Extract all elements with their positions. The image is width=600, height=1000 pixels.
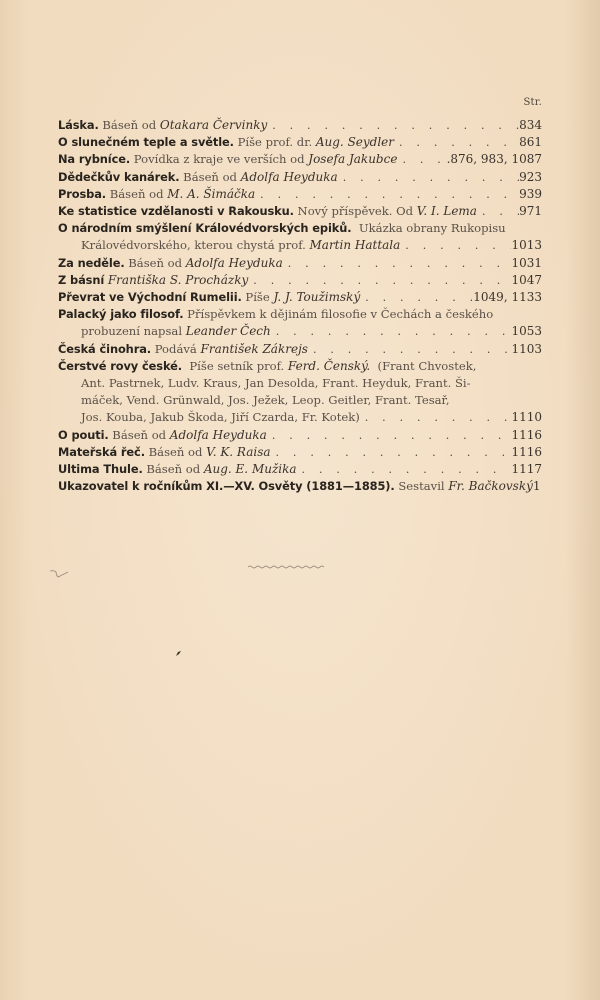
- toc-entry-line: Palacký jako filosof. Příspěvkem k dějin…: [58, 306, 542, 323]
- toc-entry-line: Z básní Františka S. Procházky1047: [58, 272, 542, 289]
- stray-pencil-mark-icon: [48, 567, 70, 581]
- entry-author: Aug. E. Mužika: [204, 461, 297, 478]
- toc-entry: Z básní Františka S. Procházky1047: [58, 272, 542, 289]
- toc-entry: Čerstvé rovy české. Píše setník prof. Fe…: [58, 358, 542, 427]
- scanned-page: Str. Láska. Báseň od Otakara Červinky834…: [0, 0, 600, 1000]
- entry-author: Adolfa Heyduka: [186, 255, 283, 272]
- dot-leader: [267, 427, 512, 444]
- toc-entry-line: Ke statistice vzdělanosti v Rakousku. No…: [58, 203, 542, 220]
- entry-page-number: 1013: [511, 237, 542, 254]
- entry-author: V. K. Raisa: [206, 444, 270, 461]
- entry-description: Báseň od: [125, 255, 186, 272]
- entry-page-number: 861: [519, 134, 542, 151]
- entry-author: Otakara Červinky: [160, 117, 267, 134]
- entry-page-number: 923: [519, 169, 542, 186]
- toc-entry-line: Láska. Báseň od Otakara Červinky834: [58, 117, 542, 134]
- entry-author: František Zákrejs: [201, 341, 308, 358]
- toc-entry: Dědečkův kanárek. Báseň od Adolfa Heyduk…: [58, 169, 542, 186]
- entry-title: O národním smýšlení Královédvorských epi…: [58, 220, 352, 237]
- toc-entry-line: Ukazovatel k ročníkům XI.—XV. Osvěty (18…: [58, 478, 542, 495]
- entry-description: Báseň od: [109, 427, 170, 444]
- dot-leader: [267, 117, 519, 134]
- entry-title: Dědečkův kanárek.: [58, 169, 180, 186]
- entry-title: Z básní: [58, 272, 104, 289]
- toc-entry: Prosba. Báseň od M. A. Šimáčka939: [58, 186, 542, 203]
- entry-title: O pouti.: [58, 427, 109, 444]
- entry-author: Františka S. Procházky: [108, 272, 248, 289]
- entry-page-number: 1116: [511, 444, 542, 461]
- entry-page-number: 1117: [511, 461, 542, 478]
- entry-description: Nový příspěvek. Od: [294, 203, 417, 220]
- toc-entry-line: Převrat ve Východní Rumelii. Píše J. J. …: [58, 289, 542, 306]
- toc-entry-line: Čerstvé rovy české. Píše setník prof. Fe…: [58, 358, 542, 375]
- toc-entry-line: O slunečném teple a světle. Píše prof. d…: [58, 134, 542, 151]
- toc-entry: O slunečném teple a světle. Píše prof. d…: [58, 134, 542, 151]
- entry-author: Leander Čech: [186, 323, 271, 340]
- decorative-wavy-rule-icon: [248, 564, 324, 570]
- entry-title: O slunečném teple a světle.: [58, 134, 234, 151]
- entry-description: Povídka z kraje ve verších od: [130, 151, 308, 168]
- dot-leader: [397, 151, 446, 168]
- dot-leader: [394, 134, 519, 151]
- entry-title: Čerstvé rovy české.: [58, 358, 182, 375]
- entry-page-number: 1031: [511, 255, 542, 272]
- entry-author: Ferd. Čenský.: [288, 358, 370, 375]
- toc-entry-line: O národním smýšlení Královédvorských epi…: [58, 220, 542, 237]
- entry-author: J. J. Toužimský: [273, 289, 360, 306]
- dot-leader: [271, 323, 512, 340]
- dot-leader: [360, 289, 473, 306]
- entry-description: Ukázka obrany Rukopisu: [352, 220, 506, 237]
- toc-entry-line: O pouti. Báseň od Adolfa Heyduka1116: [58, 427, 542, 444]
- dot-leader: [338, 169, 519, 186]
- entry-page-number: 971: [519, 203, 542, 220]
- toc-entry: Láska. Báseň od Otakara Červinky834: [58, 117, 542, 134]
- entry-author: M. A. Šimáčka: [167, 186, 255, 203]
- dot-leader: [308, 341, 512, 358]
- toc-entry: Za neděle. Báseň od Adolfa Heyduka1031: [58, 255, 542, 272]
- toc-entry-continuation-line: Královédvorského, kterou chystá prof. Ma…: [58, 237, 542, 254]
- entry-title: Láska.: [58, 117, 99, 134]
- entry-title: Za neděle.: [58, 255, 125, 272]
- toc-entry-line: Ultima Thule. Báseň od Aug. E. Mužika111…: [58, 461, 542, 478]
- entry-description: Báseň od: [99, 117, 160, 134]
- toc-entry-line: Na rybníce. Povídka z kraje ve verších o…: [58, 151, 542, 168]
- entry-description: Píše prof. dr.: [234, 134, 316, 151]
- toc-entry: Ultima Thule. Báseň od Aug. E. Mužika111…: [58, 461, 542, 478]
- entry-page-number: 1049, 1133: [473, 289, 542, 306]
- toc-entry-line: Za neděle. Báseň od Adolfa Heyduka1031: [58, 255, 542, 272]
- toc-entry-continuation-line: Jos. Kouba, Jakub Škoda, Jiří Czarda, Fr…: [58, 409, 542, 426]
- toc-entry-line: Česká činohra. Podává František Zákrejs1…: [58, 341, 542, 358]
- toc-entry-continuation-line: probuzení napsal Leander Čech1053: [58, 323, 542, 340]
- entry-title: Ukazovatel k ročníkům XI.—XV. Osvěty (18…: [58, 478, 395, 495]
- toc-entry-line: Dědečkův kanárek. Báseň od Adolfa Heyduk…: [58, 169, 542, 186]
- entry-page-number: 939: [519, 186, 542, 203]
- entry-description: Jos. Kouba, Jakub Škoda, Jiří Czarda, Fr…: [81, 409, 360, 426]
- page-column-header: Str.: [523, 97, 542, 108]
- dot-leader: [297, 461, 512, 478]
- entry-page-number: 1053: [511, 323, 542, 340]
- entry-page-number: 1116: [511, 427, 542, 444]
- toc-entry: Česká činohra. Podává František Zákrejs1…: [58, 341, 542, 358]
- entry-description: probuzení napsal: [81, 323, 186, 340]
- entry-description: Podává: [151, 341, 200, 358]
- entry-description: Příspěvkem k dějinám filosofie v Čechách…: [183, 306, 493, 323]
- entry-description-continued: (Frant Chvostek,: [370, 358, 476, 375]
- entry-description: Píše setník prof.: [182, 358, 288, 375]
- entry-author: Adolfa Heyduka: [170, 427, 267, 444]
- dot-leader: [248, 272, 511, 289]
- toc-entry: Ke statistice vzdělanosti v Rakousku. No…: [58, 203, 542, 220]
- entry-page-number: 1103: [511, 341, 542, 358]
- toc-entry: Palacký jako filosof. Příspěvkem k dějin…: [58, 306, 542, 340]
- entry-author: Aug. Seydler: [316, 134, 394, 151]
- toc-entry-line: Mateřská řeč. Báseň od V. K. Raisa1116: [58, 444, 542, 461]
- entry-page-number: .876, 983, 1087: [447, 151, 542, 168]
- entry-title: Mateřská řeč.: [58, 444, 145, 461]
- entry-page-number: 1141: [533, 478, 542, 495]
- entry-title: Česká činohra.: [58, 341, 151, 358]
- entry-author: Josefa Jakubce: [308, 151, 397, 168]
- ink-speck-icon: [175, 650, 182, 657]
- dot-leader: [283, 255, 512, 272]
- dot-leader: [477, 203, 519, 220]
- entry-author: Fr. Bačkovský: [448, 478, 533, 495]
- entry-title: Palacký jako filosof.: [58, 306, 183, 323]
- entry-description: Píše: [242, 289, 274, 306]
- entry-page-number: 834: [519, 117, 542, 134]
- toc-entry: Ukazovatel k ročníkům XI.—XV. Osvěty (18…: [58, 478, 542, 495]
- toc-entry: Na rybníce. Povídka z kraje ve verších o…: [58, 151, 542, 168]
- entry-description: Ant. Pastrnek, Ludv. Kraus, Jan Desolda,…: [81, 375, 471, 392]
- toc-entry-line: Prosba. Báseň od M. A. Šimáčka939: [58, 186, 542, 203]
- entry-page-number: 1047: [511, 272, 542, 289]
- entry-description: Báseň od: [106, 186, 167, 203]
- entry-description: Báseň od: [180, 169, 241, 186]
- entry-description: Královédvorského, kterou chystá prof.: [81, 237, 310, 254]
- toc-entry: O pouti. Báseň od Adolfa Heyduka1116: [58, 427, 542, 444]
- toc-entry: O národním smýšlení Královédvorských epi…: [58, 220, 542, 254]
- toc-entry: Mateřská řeč. Báseň od V. K. Raisa1116: [58, 444, 542, 461]
- entry-title: Ultima Thule.: [58, 461, 143, 478]
- table-of-contents: Láska. Báseň od Otakara Červinky834O slu…: [58, 117, 542, 495]
- entry-author: Martin Hattala: [310, 237, 401, 254]
- entry-page-number: 1110: [511, 409, 542, 426]
- entry-description: Báseň od: [143, 461, 204, 478]
- entry-description: máček, Vend. Grünwald, Jos. Ježek, Leop.…: [81, 392, 450, 409]
- entry-description: Báseň od: [145, 444, 206, 461]
- toc-entry: Převrat ve Východní Rumelii. Píše J. J. …: [58, 289, 542, 306]
- toc-entry-continuation-line: Ant. Pastrnek, Ludv. Kraus, Jan Desolda,…: [58, 375, 542, 392]
- dot-leader: [400, 237, 511, 254]
- entry-title: Převrat ve Východní Rumelii.: [58, 289, 242, 306]
- entry-title: Ke statistice vzdělanosti v Rakousku.: [58, 203, 294, 220]
- dot-leader: [255, 186, 519, 203]
- entry-author: Adolfa Heyduka: [241, 169, 338, 186]
- dot-leader: [271, 444, 512, 461]
- dot-leader: [360, 409, 512, 426]
- entry-title: Prosba.: [58, 186, 106, 203]
- toc-entry-continuation-line: máček, Vend. Grünwald, Jos. Ježek, Leop.…: [58, 392, 542, 409]
- entry-title: Na rybníce.: [58, 151, 130, 168]
- entry-author: V. I. Lema: [417, 203, 477, 220]
- entry-description: Sestavil: [395, 478, 449, 495]
